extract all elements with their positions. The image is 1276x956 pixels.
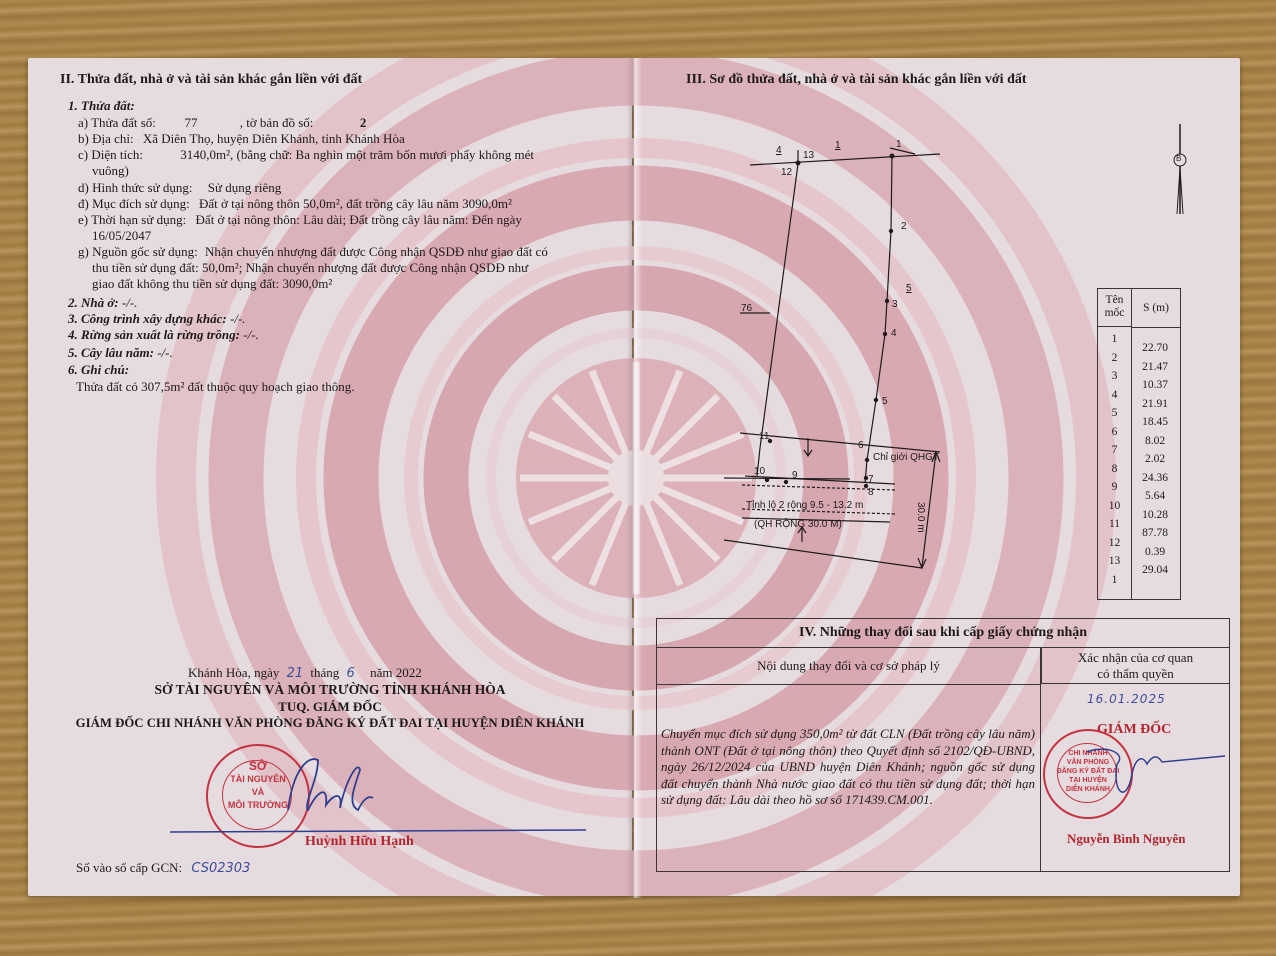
origin-row: g) Nguồn gốc sử dụng: Nhận chuyển nhượng… [78,244,548,260]
point-label: 10 [754,466,765,477]
point-label: 7 [868,474,874,485]
address-value: Xã Diên Thọ, huyện Diên Khánh, tỉnh Khán… [143,131,405,146]
distance-cell: 22.70 [1132,342,1178,354]
marker-cell: 11 [1098,518,1131,530]
origin-line3: giao đất không thu tiền sử dụng đất: 309… [92,276,332,292]
distance-cell: 10.37 [1132,379,1178,391]
marker-cell: 1 [1098,333,1131,345]
distance-cell: 21.91 [1132,398,1178,410]
parcel-number: 77 [184,115,236,131]
distance-cell: 5.64 [1132,490,1178,502]
parcel-heading: 1. Thửa đất: [68,98,135,114]
distance-cell: 87.78 [1132,527,1178,539]
map-sheet-number: 2 [360,115,367,130]
marker-cell: 3 [1098,370,1131,382]
notes-text: Thửa đất có 307,5m² đất thuộc quy hoạch … [76,379,354,395]
other-construction-value: -/-. [230,311,246,326]
marker-cell: 7 [1098,444,1131,456]
house-row: 2. Nhà ở: -/-. [68,295,137,311]
section-ii-title: II. Thửa đất, nhà ở và tài sản khác gắn … [60,72,362,88]
planned-distance-label: 30.0 m [915,502,926,533]
perennial-row: 5. Cây lâu năm: -/-. [68,345,173,361]
address-label: b) Địa chỉ: [78,131,134,146]
distance-cell: 21.47 [1132,361,1178,373]
changes-title: IV. Những thay đổi sau khi cấp giấy chứn… [657,619,1229,648]
section-iii-title: III. Sơ đồ thửa đất, nhà ở và tài sản kh… [686,72,1027,88]
issuer-department: SỞ TÀI NGUYÊN VÀ MÔI TRƯỜNG TỈNH KHÁNH H… [50,682,610,698]
date-prefix: Khánh Hòa, ngày [188,665,279,680]
date-month-label: tháng [310,665,339,680]
area-label: c) Diện tích: [78,147,177,163]
north-arrow-icon [1168,118,1192,218]
registry-label: Số vào sổ cấp GCN: [76,860,182,875]
change-content: Chuyển mục đích sử dụng 350,0m² từ đất C… [661,726,1035,809]
registry-number: CS02303 [191,861,250,876]
purpose-label: đ) Mục đích sử dụng: [78,196,190,211]
purpose-row: đ) Mục đích sử dụng: Đất ở tại nông thôn… [78,196,512,212]
house-value: -/-. [122,295,138,310]
signer-name-left: Huỳnh Hữu Hạnh [305,834,414,850]
origin-label: g) Nguồn gốc sử dụng: [78,244,198,259]
date-month: 6 [347,666,355,681]
marker-cell: 5 [1098,407,1131,419]
distance-cell: 24.36 [1132,472,1178,484]
usage-form-row: d) Hình thức sử dụng: Sử dụng riêng [78,180,281,196]
term-value-line1: Đất ở tại nông thôn: Lâu dài; Đất trồng … [196,212,522,227]
house-label: 2. Nhà ở: [68,295,119,310]
marker-cell: 6 [1098,426,1131,438]
marker-cell: 8 [1098,463,1131,475]
point-label: 2 [901,221,907,232]
origin-line2: thu tiền sử dụng đất: 50,0m²; Nhận chuyể… [92,260,528,276]
neighbor-label: 5 [906,283,912,294]
area-value-line2: vuông) [92,163,129,179]
marker-cell: 2 [1098,352,1131,364]
marker-cell: 10 [1098,500,1131,512]
point-label: 3 [892,299,898,310]
parcel-number-label: a) Thửa đất số: [78,115,156,130]
col-header-marker: Tên mốc [1098,289,1131,327]
forest-value: -/-. [243,327,259,342]
term-label: e) Thời hạn sử dụng: [78,212,186,227]
distance-cell: 2.02 [1132,453,1178,465]
forest-label: 4. Rừng sản xuất là rừng trồng: [68,327,240,342]
distance-table: Tên mốc S (m) 12345678910111213122.7021.… [1097,288,1181,600]
date-year: năm 2022 [370,665,422,680]
marker-cell: 9 [1098,481,1131,493]
perennial-value: -/-. [157,345,173,360]
col-header-content: Nội dung thay đổi và cơ sở pháp lý [657,648,1040,685]
col-header-confirm-line1: Xác nhận của cơ quan [1042,650,1229,666]
origin-line1: Nhận chuyển nhượng đất được Công nhận QS… [205,244,548,259]
distance-cell: 0.39 [1132,546,1178,558]
point-label: 6 [858,440,864,451]
marker-cell: 12 [1098,537,1131,549]
neighbor-label: 4 [776,145,782,156]
point-label: 4 [891,328,897,339]
date-day: 21 [287,666,304,681]
distance-cell: 18.45 [1132,416,1178,428]
map-sheet-label: , tờ bản đồ số: [240,115,314,130]
signature-left [168,750,588,840]
point-label: 11 [759,431,769,442]
point-label: 12 [781,167,792,178]
center-fold [626,58,642,898]
road-label: Tỉnh lộ 2 rộng 9.5 - 13.2 m [746,500,863,511]
other-construction-row: 3. Công trình xây dựng khác: -/-. [68,311,246,327]
term-row: e) Thời hạn sử dụng: Đất ở tại nông thôn… [78,212,522,228]
address-row: b) Địa chỉ: Xã Diên Thọ, huyện Diên Khán… [78,131,405,147]
col-header-confirm-line2: có thẩm quyền [1042,666,1229,682]
usage-form-label: d) Hình thức sử dụng: [78,180,192,195]
marker-cell: 1 [1098,574,1131,586]
marker-cell: 4 [1098,389,1131,401]
distance-cell: 8.02 [1132,435,1178,447]
confirm-signer-name: Nguyễn Bình Nguyên [1067,831,1185,847]
issuer-title: GIÁM ĐỐC CHI NHÁNH VĂN PHÒNG ĐĂNG KÝ ĐẤT… [50,715,610,731]
perennial-label: 5. Cây lâu năm: [68,345,154,360]
neighbor-label: 1 [835,140,841,151]
issuer-authorization: TUQ. GIÁM ĐỐC [50,699,610,715]
point-label: 1 [896,139,902,150]
point-label: 8 [868,487,874,498]
boundary-label: Chỉ giới QHGT [873,452,939,463]
neighbor-label: 76 [741,303,752,314]
point-label: 5 [882,396,888,407]
other-construction-label: 3. Công trình xây dựng khác: [68,311,227,326]
term-value-line2: 16/05/2047 [92,228,151,244]
usage-form-value: Sử dụng riêng [208,180,282,195]
area-row: c) Diện tích: 3140,0m², (bằng chữ: Ba ng… [78,147,534,163]
purpose-value: Đất ở tại nông thôn 50,0m², đất trồng câ… [199,196,512,211]
parcel-number-row: a) Thửa đất số: 77 , tờ bản đồ số: 2 [78,115,366,131]
registry-row: Số vào sổ cấp GCN: CS02303 [76,860,250,877]
distance-cell: 29.04 [1132,564,1178,576]
forest-row: 4. Rừng sản xuất là rừng trồng: -/-. [68,327,259,343]
marker-cell: 13 [1098,555,1131,567]
confirm-date: 16.01.2025 [1087,692,1166,706]
changes-table: IV. Những thay đổi sau khi cấp giấy chứn… [656,618,1230,872]
distance-cell: 10.28 [1132,509,1178,521]
point-label: 13 [803,150,814,161]
col-header-confirm: Xác nhận của cơ quan có thẩm quyền [1041,648,1229,684]
area-value-line1: 3140,0m², (bằng chữ: Ba nghìn một trăm b… [180,147,534,162]
issue-date: Khánh Hòa, ngày 21 tháng 6 năm 2022 [188,665,422,682]
point-label: 9 [792,470,798,481]
planned-width-label: (QH RỘNG 30.0 M) [754,519,842,530]
signature-right [1057,734,1227,814]
notes-label: 6. Ghi chú: [68,362,129,378]
north-symbol: B [1176,154,1181,163]
col-header-distance: S (m) [1132,289,1180,328]
